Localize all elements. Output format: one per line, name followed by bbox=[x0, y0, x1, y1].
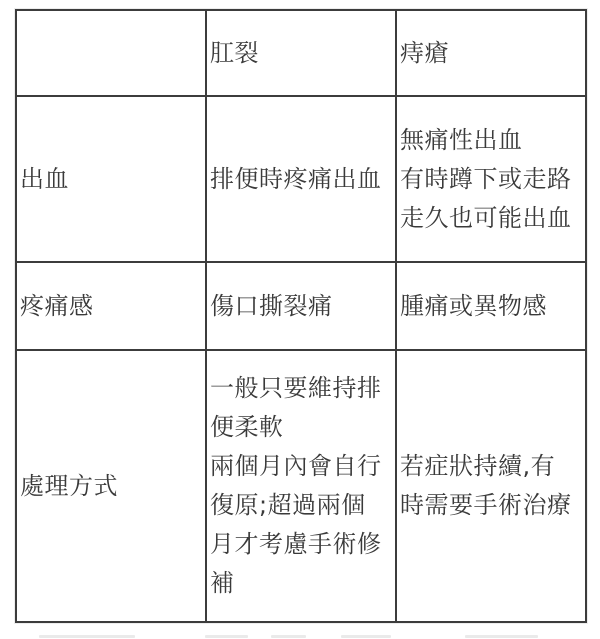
table-row-treatment: 處理方式 一般只要維持排 便柔軟 兩個月內會自行 復原;超過兩個 月才考慮手術修… bbox=[16, 350, 586, 622]
cell-treatment-anal-fissure: 一般只要維持排 便柔軟 兩個月內會自行 復原;超過兩個 月才考慮手術修 補 bbox=[206, 350, 396, 622]
cutoff-text-fragment bbox=[465, 635, 538, 638]
cell-pain-hemorrhoid: 腫痛或異物感 bbox=[396, 262, 586, 350]
row-label-bleeding: 出血 bbox=[16, 96, 206, 262]
cutoff-text-fragment bbox=[205, 635, 248, 638]
cell-bleeding-hemorrhoid: 無痛性出血 有時蹲下或走路 走久也可能出血 bbox=[396, 96, 586, 262]
cell-pain-anal-fissure: 傷口撕裂痛 bbox=[206, 262, 396, 350]
cutoff-text-fragment bbox=[271, 635, 306, 638]
table-row-bleeding: 出血 排便時疼痛出血 無痛性出血 有時蹲下或走路 走久也可能出血 bbox=[16, 96, 586, 262]
header-cell-hemorrhoid: 痔瘡 bbox=[396, 10, 586, 96]
row-label-treatment: 處理方式 bbox=[16, 350, 206, 622]
header-cell-anal-fissure: 肛裂 bbox=[206, 10, 396, 96]
cell-bleeding-anal-fissure: 排便時疼痛出血 bbox=[206, 96, 396, 262]
cell-treatment-hemorrhoid: 若症狀持續,有 時需要手術治療 bbox=[396, 350, 586, 622]
comparison-table: 肛裂 痔瘡 出血 排便時疼痛出血 無痛性出血 有時蹲下或走路 走久也可能出血 疼… bbox=[15, 9, 587, 623]
cutoff-text-remnant bbox=[0, 634, 600, 639]
row-label-pain: 疼痛感 bbox=[16, 262, 206, 350]
header-cell-empty bbox=[16, 10, 206, 96]
table-row-pain: 疼痛感 傷口撕裂痛 腫痛或異物感 bbox=[16, 262, 586, 350]
table-header-row: 肛裂 痔瘡 bbox=[16, 10, 586, 96]
cutoff-text-fragment bbox=[39, 635, 135, 638]
page-background: 肛裂 痔瘡 出血 排便時疼痛出血 無痛性出血 有時蹲下或走路 走久也可能出血 疼… bbox=[0, 0, 600, 639]
cutoff-text-fragment bbox=[341, 635, 391, 638]
